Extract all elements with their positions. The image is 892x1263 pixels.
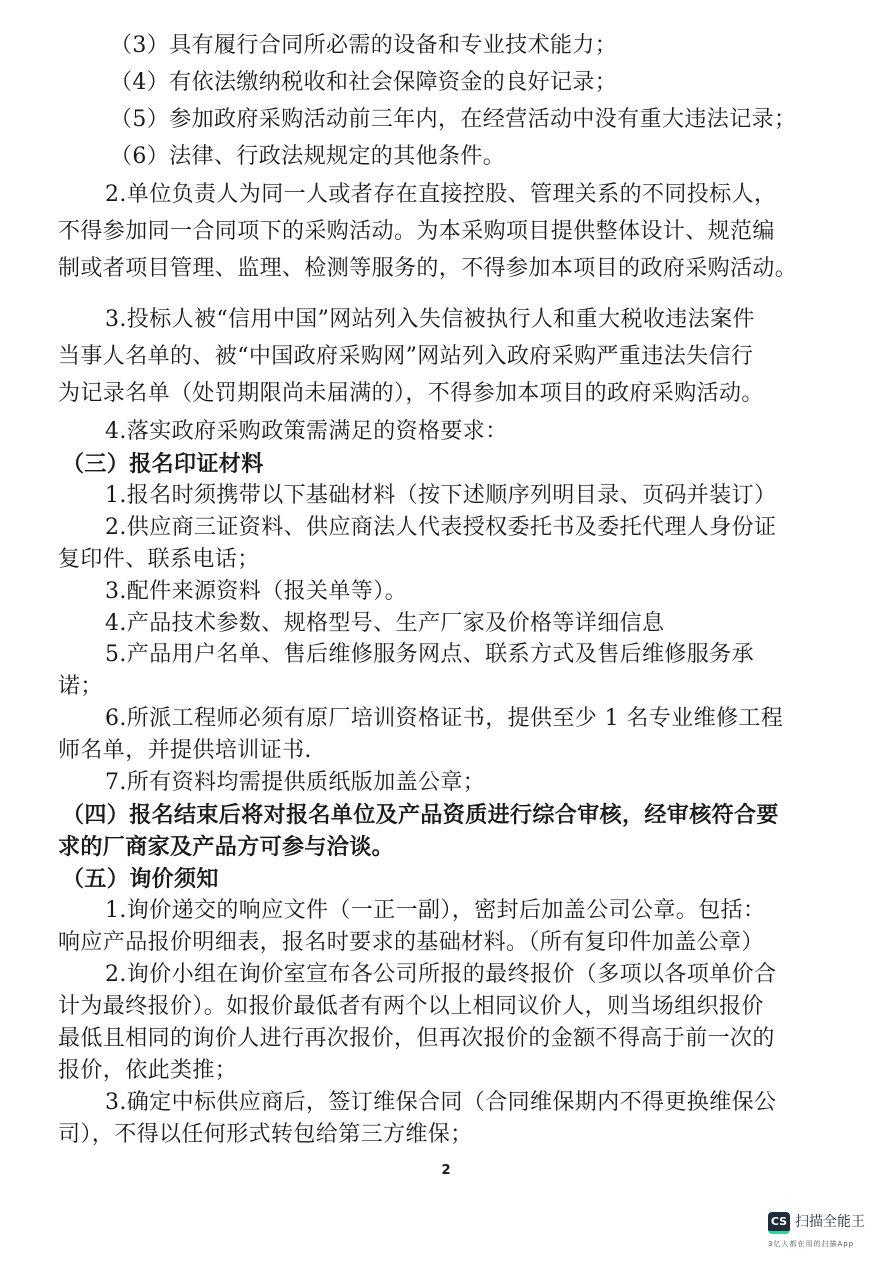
document-page: （3）具有履行合同所必需的设备和专业技术能力；（4）有依法缴纳税收和社会保障资金… (0, 0, 892, 1263)
text-line: 1.报名时须携带以下基础材料（按下述顺序列明目录、页码并装订） (105, 482, 776, 510)
page-number: 2 (0, 1163, 892, 1178)
text-line: 1.询价递交的响应文件（一正一副），密封后加盖公司公章。包括： (105, 897, 765, 925)
text-line: 师名单，并提供培训证书. (58, 737, 312, 765)
text-line: 为记录名单（处罚期限尚未届满的），不得参加本项目的政府采购活动。 (58, 380, 764, 408)
text-line: 4.产品技术参数、规格型号、生产厂家及价格等详细信息 (105, 610, 664, 638)
section-heading: 求的厂商家及产品方可参与洽谈。 (58, 833, 394, 861)
text-line: 不得参加同一合同项下的采购活动。为本采购项目提供整体设计、规范编 (58, 218, 775, 246)
text-line: 3.配件来源资料（报关单等）。 (105, 578, 407, 606)
text-line: 3.投标人被“信用中国”网站列入失信被执行人和重大税收违法案件 (105, 306, 755, 334)
text-line: 6.所派工程师必须有原厂培训资格证书，提供至少 1 名专业维修工程 (105, 705, 783, 733)
scanner-watermark: CS 扫描全能王 3亿人都在用的扫描App (768, 1210, 888, 1256)
text-line: 当事人名单的、被“中国政府采购网”网站列入政府采购严重违法失信行 (58, 343, 753, 371)
text-line: （3）具有履行合同所必需的设备和专业技术能力； (110, 32, 617, 60)
text-line: 诺； (58, 673, 103, 701)
text-line: （4）有依法缴纳税收和社会保障资金的良好记录； (110, 69, 617, 97)
text-line: 5.产品用户名单、售后维修服务网点、联系方式及售后维修服务承 (105, 641, 754, 669)
text-line: 2.询价小组在询价室宣布各公司所报的最终报价（多项以各项单价合 (105, 961, 776, 989)
camscanner-logo-icon: CS (768, 1212, 790, 1234)
section-heading: （四）报名结束后将对报名单位及产品资质进行综合审核，经审核符合要 (62, 801, 779, 829)
text-line: （6）法律、行政法规规定的其他条件。 (110, 143, 505, 171)
text-line: 4.落实政府采购政策需满足的资格要求： (105, 418, 508, 446)
section-heading: （五）询价须知 (62, 865, 219, 893)
watermark-tagline: 3亿人都在用的扫描App (768, 1239, 854, 1249)
text-line: 响应产品报价明细表，报名时要求的基础材料。（所有复印件加盖公章） (58, 929, 764, 957)
text-line: 复印件、联系电话； (58, 546, 260, 574)
text-line: 3.确定中标供应商后，签订维保合同（合同维保期内不得更换维保公 (105, 1089, 776, 1117)
text-line: 最低且相同的询价人进行再次报价，但再次报价的金额不得高于前一次的 (58, 1025, 775, 1053)
text-line: 2.供应商三证资料、供应商法人代表授权委托书及委托代理人身份证 (105, 514, 776, 542)
text-line: （5）参加政府采购活动前三年内，在经营活动中没有重大违法记录； (110, 106, 796, 134)
text-line: 2.单位负责人为同一人或者存在直接控股、管理关系的不同投标人， (105, 181, 776, 209)
text-line: 报价，依此类推； (58, 1057, 237, 1085)
watermark-app-name: 扫描全能王 (795, 1212, 865, 1232)
text-line: 制或者项目管理、监理、检测等服务的，不得参加本项目的政府采购活动。 (58, 255, 797, 283)
section-heading: （三）报名印证材料 (62, 450, 264, 478)
text-line: 7.所有资料均需提供质纸版加盖公章； (105, 769, 485, 797)
text-line: 司），不得以任何形式转包给第三方维保； (58, 1121, 473, 1149)
text-line: 计为最终报价）。如报价最低者有两个以上相同议价人，则当场组织报价 (58, 993, 764, 1021)
